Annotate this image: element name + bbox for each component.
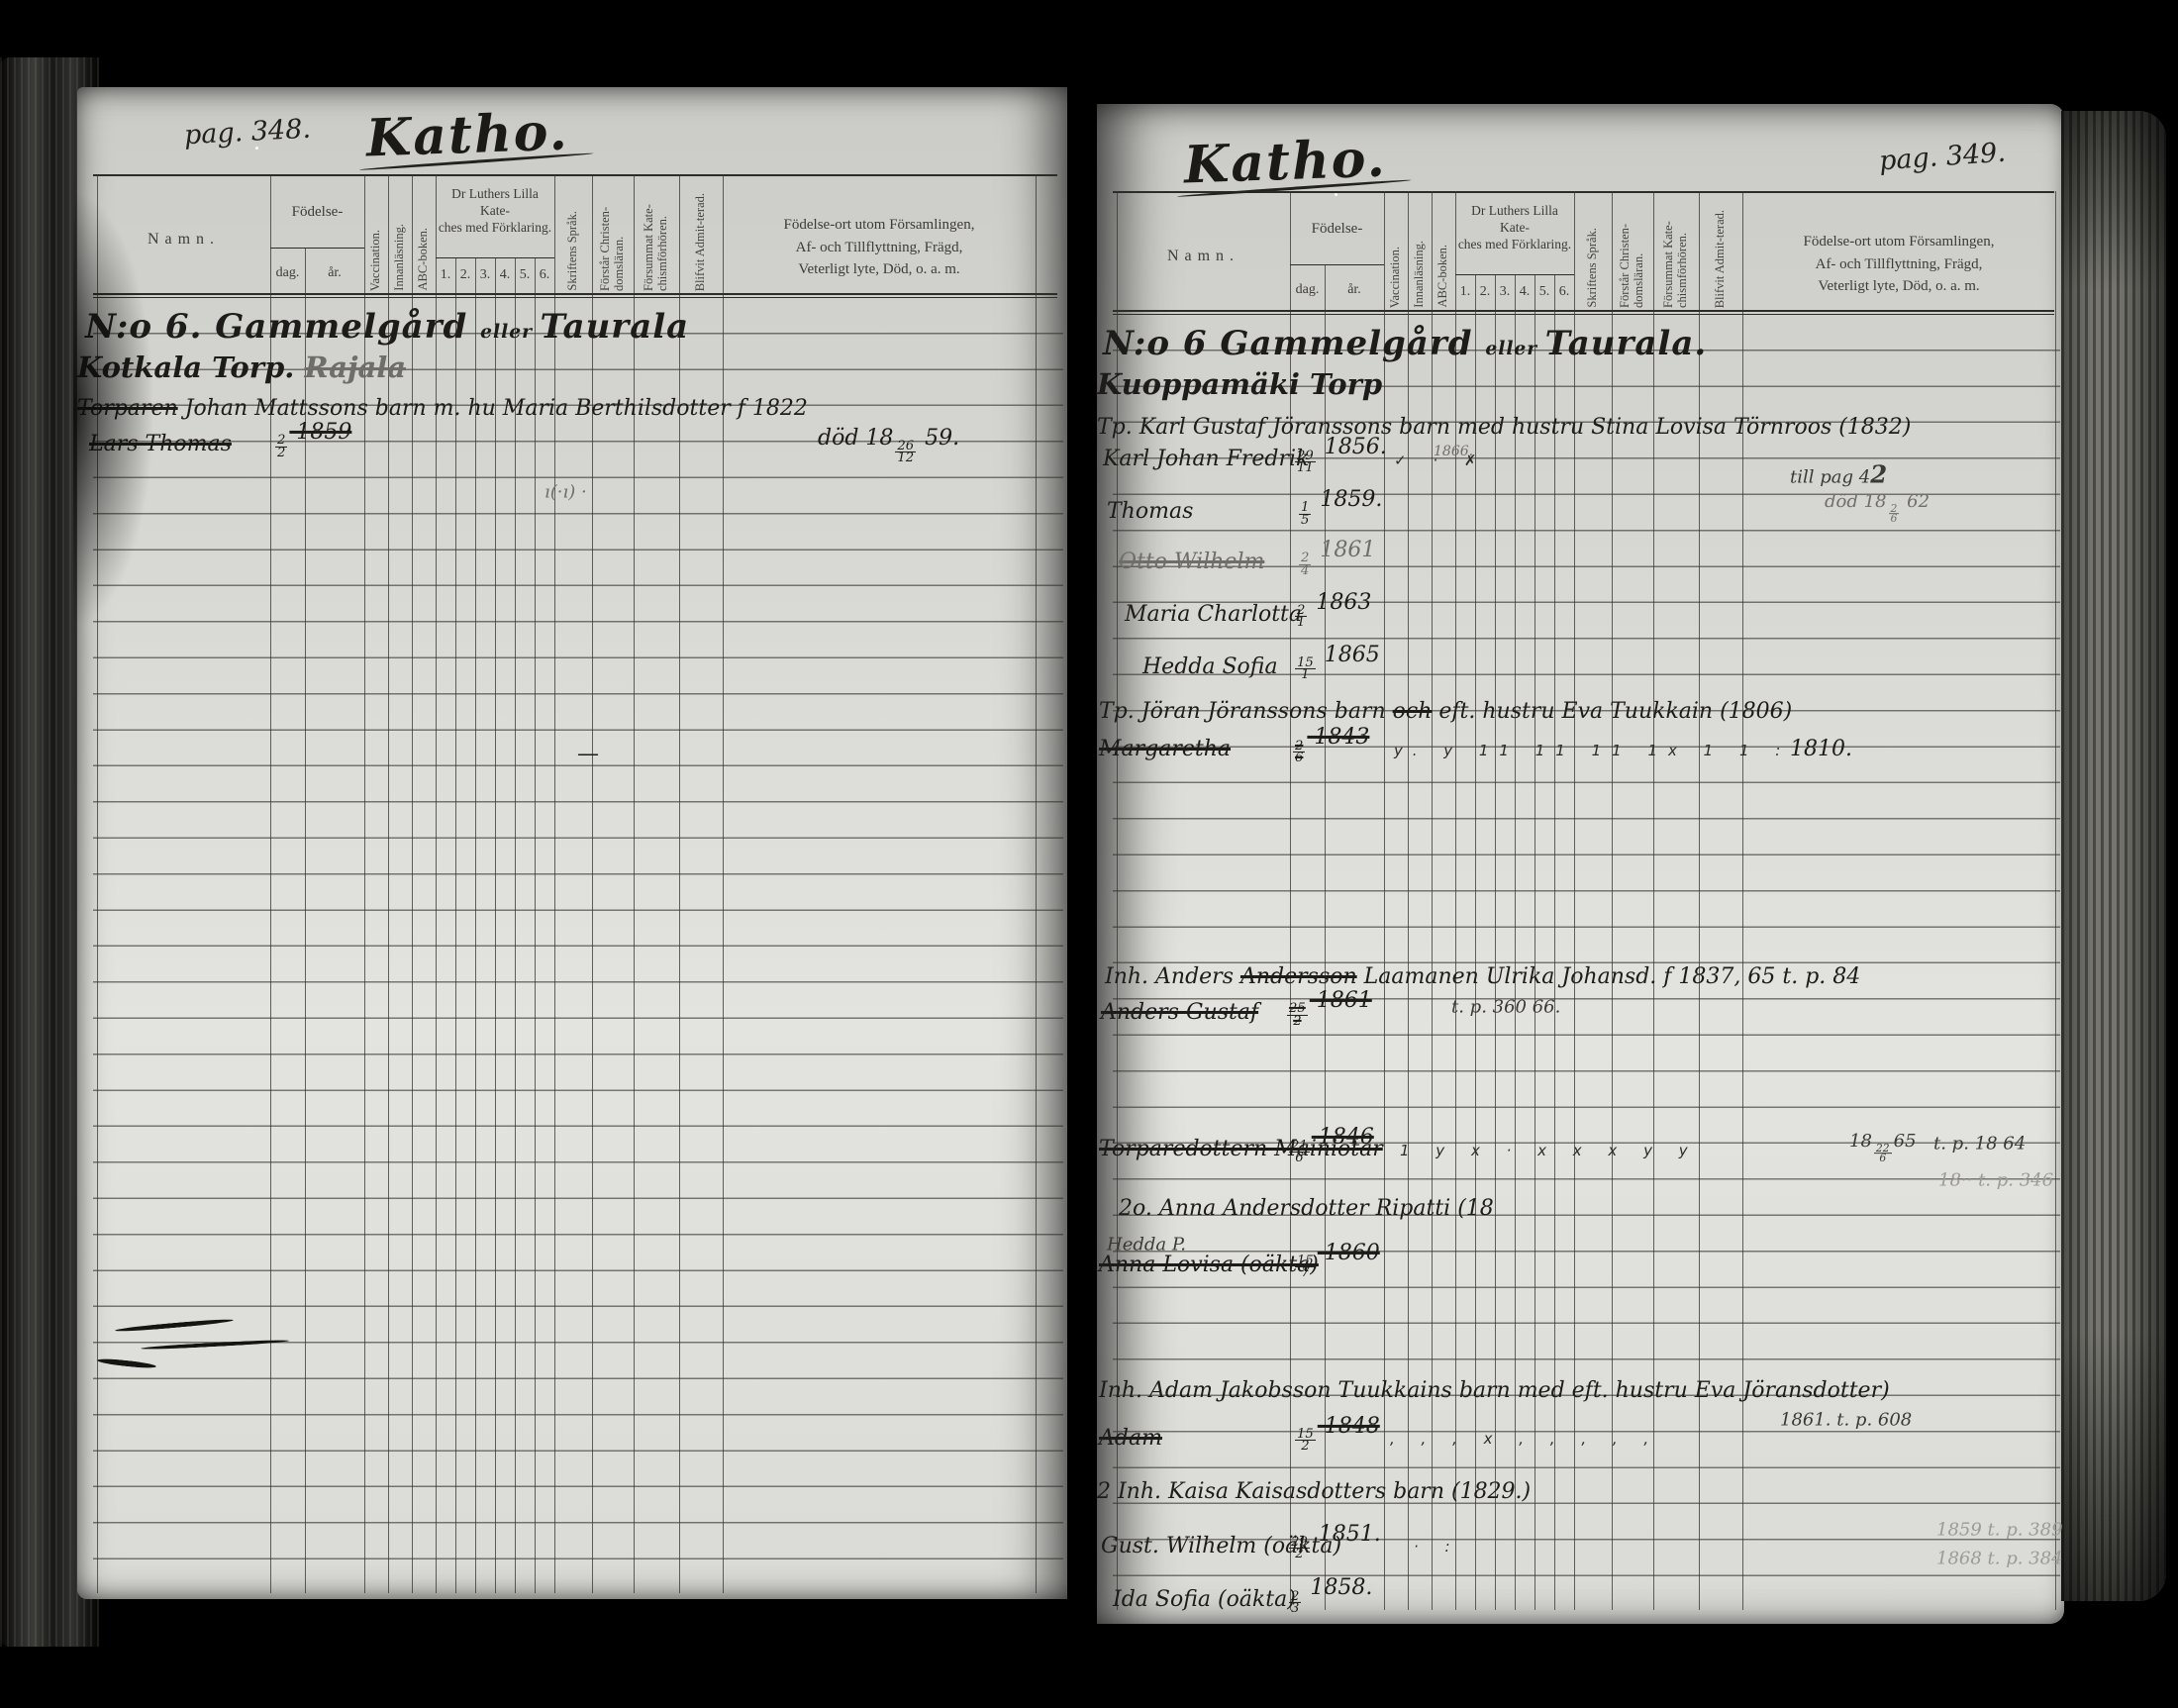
handwritten-text: 1861 [1310, 988, 1372, 1013]
handwritten-entry: — [577, 742, 599, 766]
date-fraction: 157 [1295, 1256, 1316, 1278]
handwritten-entry: 1 y x · x x x y y [1400, 1142, 1699, 1159]
handwritten-text: 1843 [1307, 725, 1369, 750]
handwritten-text: Kuoppamäki Torp [1097, 367, 1382, 401]
handwritten-entry: Hedda Sofia [1142, 654, 1278, 679]
handwritten-entry: 2 Inh. Kaisa Kaisasdotters barn (1829.) [1097, 1479, 1531, 1504]
book-fore-edge [2061, 111, 2166, 1601]
date-fraction: 216 [1289, 1141, 1310, 1163]
handwritten-text: 1859. [1313, 487, 1382, 512]
handwritten-entry: död 1826 62 [1825, 491, 1930, 523]
handwritten-entry: 157 1860 [1293, 1241, 1380, 1279]
handwritten-text: Tp. Karl Gustaf Jöranssons barn med hust… [1097, 415, 1911, 440]
handwritten-text: eft. hustru Eva Tuukkain (1806) [1432, 699, 1792, 724]
handwritten-entry: ✓ · ✗ [1394, 452, 1487, 469]
handwritten-text: 1861. t. p. 608 [1780, 1409, 1912, 1430]
handwritten-entry: N:o 6. Gammelgård eller Taurala [85, 307, 689, 347]
handwritten-entry: Torparen Johan Mattssons barn m. hu Mari… [77, 396, 808, 421]
handwritten-entry: Margaretha [1099, 737, 1231, 761]
handwritten-text: — [577, 742, 599, 766]
handwritten-text: ✓ · ✗ [1394, 452, 1487, 469]
date-fraction: 15 [1299, 502, 1311, 525]
handwritten-text: och [1393, 699, 1433, 724]
handwritten-text: 2 Inh. Kaisa Kaisasdotters barn (1829.) [1097, 1479, 1531, 1504]
date-fraction: 292 [1289, 1537, 1310, 1559]
handwritten-entry: Karl Johan Fredrik [1103, 447, 1309, 471]
page-right: pag. 349. Katho. Namn.Födelse-dag.år.Vac… [1097, 104, 2064, 1624]
church-record-book-scan: pag. 348. Katho. Namn.Födelse-dag.år.Vac… [0, 0, 2178, 1708]
handwritten-entry: 21 1863 [1293, 590, 1371, 629]
handwritten-entry: 2o. Anna Andersdotter Ripatti (18 [1119, 1196, 1494, 1221]
handwritten-text: 65 [1894, 1132, 1917, 1153]
handwritten-text: Karl Johan Fredrik [1103, 447, 1309, 471]
handwritten-text: Taurala [541, 307, 690, 347]
paper-specks [1335, 193, 1337, 196]
handwritten-entry: Anders Gustaf [1101, 1000, 1258, 1025]
handwritten-entry: 18·· t. p. 346 [1938, 1169, 2053, 1190]
handwritten-entry: · : [1414, 1538, 1461, 1556]
handwritten-entry: 22 1859 [273, 420, 351, 458]
handwritten-entry: 1859 t. p. 389 [1936, 1519, 2063, 1540]
date-fraction: 23 [1289, 1591, 1301, 1614]
handwritten-text: 1868 t. p. 384 [1936, 1548, 2063, 1568]
handwritten-entry: 24 1861 [1297, 538, 1375, 576]
date-fraction: 252 [1287, 1003, 1308, 1026]
handwriting-layer-left: N:o 6. Gammelgård eller TauralaKotkala T… [77, 87, 1067, 1599]
handwritten-entry: Thomas [1107, 499, 1193, 524]
handwritten-text: ı(·ı) · [544, 482, 587, 503]
date-fraction: 24 [1299, 553, 1311, 575]
handwritten-text: död 18 [818, 426, 893, 451]
handwritten-entry: Tp. Karl Gustaf Jöranssons barn med hust… [1097, 415, 1911, 440]
handwritten-text: Anna Lovisa (oäkta) [1099, 1253, 1319, 1277]
handwritten-text: 18·· t. p. 346 [1938, 1169, 2053, 1190]
handwritten-entry: Adam [1099, 1426, 1162, 1451]
handwritten-text: Laamanen Ulrika Johansd. f 1837, 65 t. p… [1357, 964, 1861, 989]
page-left: pag. 348. Katho. Namn.Födelse-dag.år.Vac… [77, 87, 1067, 1599]
handwritten-text: 1860 [1318, 1241, 1380, 1265]
handwritten-text: Inh. Adam Jakobsson Tuukkains barn med e… [1099, 1378, 1890, 1403]
handwritten-text: 1861 [1313, 538, 1375, 562]
handwritten-entry: 216 1846 [1287, 1125, 1374, 1163]
handwritten-text: eller [1485, 338, 1544, 359]
handwritten-text: 1858. [1303, 1575, 1372, 1600]
handwritten-text: 1848 [1318, 1414, 1380, 1439]
handwritten-entry: 252 1861 [1285, 988, 1372, 1027]
handwritten-text: t. p. 18 64 [1933, 1134, 2026, 1155]
handwritten-entry: 1822665 [1849, 1132, 1917, 1163]
handwritten-text: till pag 4 [1790, 466, 1870, 487]
handwritten-text: Adam [1099, 1426, 1162, 1451]
date-fraction: 152 [1295, 1429, 1316, 1452]
handwritten-text: Maria Charlotta [1125, 602, 1302, 627]
handwritten-entry: 1861. t. p. 608 [1780, 1409, 1912, 1430]
handwritten-entry: Maria Charlotta [1125, 602, 1302, 627]
handwritten-entry: N:o 6 Gammelgård eller Taurala. [1103, 324, 1707, 363]
handwritten-entry: 151 1865 [1293, 643, 1380, 681]
handwritten-text: Tp. Jöran Jöranssons barn [1099, 699, 1393, 724]
handwritten-text: 2o. Anna Andersdotter Ripatti (18 [1119, 1196, 1494, 1221]
handwritten-text: 1851. [1312, 1522, 1381, 1547]
handwritten-entry: 152 1848 [1293, 1414, 1380, 1453]
date-fraction: 21 [1295, 605, 1307, 628]
date-fraction: 2612 [895, 441, 916, 463]
handwritten-entry: t. p. 18 64 [1933, 1134, 2026, 1155]
handwritten-entry: Otto Wilhelm [1119, 550, 1264, 574]
handwritten-text: y. y 11 11 11 1x 1 1 : [1394, 742, 1791, 759]
handwritten-text: 1859 t. p. 389 [1936, 1519, 2063, 1540]
handwritten-text: Taurala. [1545, 324, 1708, 363]
handwritten-text: 1863 [1309, 590, 1371, 615]
handwritten-entry: till pag 42 [1790, 459, 1887, 488]
handwriting-layer-right: N:o 6 Gammelgård eller Taurala.Kuoppamäk… [1097, 104, 2064, 1624]
handwritten-text: Otto Wilhelm [1119, 550, 1264, 574]
date-fraction: 151 [1295, 657, 1316, 680]
handwritten-text: 18 [1849, 1132, 1872, 1153]
handwritten-text: , , , x , , , , , [1390, 1430, 1659, 1448]
handwritten-text: 59. [918, 426, 959, 451]
handwritten-text: 1 y x · x x x y y [1400, 1142, 1699, 1159]
handwritten-entry: 2911 1856. [1293, 435, 1387, 473]
handwritten-entry: Tp. Jöran Jöranssons barn och eft. hustr… [1099, 699, 1792, 724]
handwritten-entry: 1810. [1790, 737, 1852, 761]
handwritten-entry: död 182612 59. [818, 426, 959, 464]
handwritten-text: t. p. 360 66. [1451, 996, 1560, 1017]
handwritten-text: N:o 6 Gammelgård [1103, 324, 1485, 363]
handwritten-entry: Anna Lovisa (oäkta) [1099, 1253, 1319, 1277]
ink-smear [73, 196, 152, 622]
handwritten-text: död 18 [1825, 491, 1887, 512]
date-fraction: 26 [1889, 504, 1900, 523]
handwritten-text: Inh. Anders [1105, 964, 1240, 989]
handwritten-text: Ida Sofia (oäkta) [1113, 1587, 1296, 1612]
handwritten-text: Rajala [304, 351, 406, 384]
handwritten-entry: Inh. Adam Jakobsson Tuukkains barn med e… [1099, 1378, 1890, 1403]
paper-specks [255, 147, 258, 150]
handwritten-entry: t. p. 360 66. [1451, 996, 1560, 1017]
handwritten-text: Margaretha [1099, 737, 1231, 761]
handwritten-text: 1865 [1318, 643, 1380, 667]
handwritten-entry: 26 1843 [1291, 725, 1369, 763]
handwritten-entry: ı(·ı) · [544, 482, 587, 503]
handwritten-text: 2 [1870, 459, 1887, 488]
handwritten-entry: Inh. Anders Andersson Laamanen Ulrika Jo… [1105, 964, 1860, 989]
handwritten-text: 1859 [289, 420, 351, 445]
handwritten-text: 1846 [1312, 1125, 1374, 1150]
handwritten-text: 62 [1901, 491, 1930, 512]
handwritten-entry: 15 1859. [1297, 487, 1382, 526]
handwritten-text: Andersson [1240, 964, 1357, 989]
handwritten-entry: 23 1858. [1287, 1575, 1372, 1614]
handwritten-text: 1856. [1318, 435, 1387, 459]
handwritten-entry: Ida Sofia (oäkta) [1113, 1587, 1296, 1612]
handwritten-entry: 292 1851. [1287, 1522, 1381, 1560]
handwritten-text: eller [480, 321, 540, 343]
handwritten-text: Anders Gustaf [1101, 1000, 1258, 1025]
date-fraction: 2911 [1295, 451, 1316, 473]
handwritten-entry: , , , x , , , , , [1390, 1430, 1659, 1448]
handwritten-entry: y. y 11 11 11 1x 1 1 : [1394, 742, 1791, 759]
date-fraction: 22 [275, 435, 287, 457]
handwritten-text: 1810. [1790, 737, 1852, 761]
handwritten-entry: Kuoppamäki Torp [1097, 367, 1382, 401]
handwritten-entry: 1868 t. p. 384 [1936, 1548, 2063, 1568]
handwritten-text: Johan Mattssons barn m. hu Maria Berthil… [178, 396, 808, 421]
handwritten-text: Thomas [1107, 499, 1193, 524]
handwritten-text: Hedda Sofia [1142, 654, 1278, 679]
handwritten-text: · : [1414, 1538, 1461, 1556]
date-fraction: 26 [1293, 741, 1305, 763]
date-fraction: 226 [1874, 1144, 1892, 1162]
